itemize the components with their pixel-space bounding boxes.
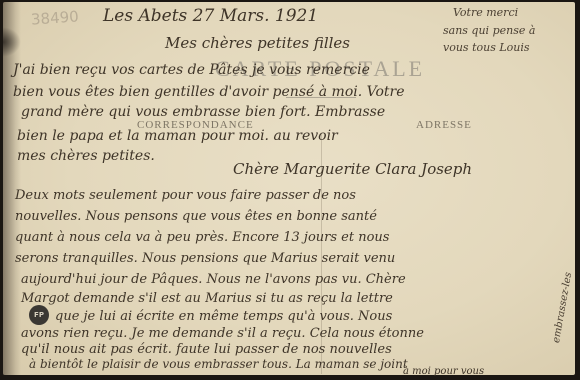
letter-line: bien le papa et la maman pour moi. au re… <box>17 128 338 144</box>
letter-line: J'ai bien reçu vos cartes de Pâtes je vo… <box>13 62 370 78</box>
letter-line: bien vous êtes bien gentilles d'avoir pe… <box>13 84 404 100</box>
letter-line: à moi pour vous <box>403 366 484 377</box>
margin-note-2: sans qui pense à <box>443 24 535 37</box>
letter-line: qu'il nous ait pas écrit. faute lui pass… <box>21 342 392 357</box>
letter-line: mes chères petites. <box>17 148 155 164</box>
letter-line: nouvelles. Nous pensons que vous êtes en… <box>15 209 377 224</box>
letter-line: aujourd'hui jour de Pâques. Nous ne l'av… <box>21 272 406 287</box>
margin-vertical-note: embrassez-les <box>551 271 574 343</box>
letter-line: à bientôt le plaisir de vous embrasser t… <box>29 357 408 371</box>
letter-line: quant à nous cela va à peu près. Encore … <box>15 230 389 245</box>
postcard-scan: CARTE POSTALE CORRESPONDANCE ADRESSE 384… <box>0 0 580 380</box>
postcard-back: CARTE POSTALE CORRESPONDANCE ADRESSE 384… <box>3 2 575 375</box>
letter-line: que je lui ai écrite en même temps qu'à … <box>55 309 392 324</box>
margin-note-3: vous tous Louis <box>443 41 530 54</box>
archive-number: 38490 <box>30 7 79 28</box>
letter-line: Margot demande s'il est au Marius si tu … <box>21 291 393 306</box>
salutation: Mes chères petites filles <box>165 34 350 52</box>
letter-line: serons tranquilles. Nous pensions que Ma… <box>15 251 395 266</box>
printed-address-label: ADRESSE <box>416 119 472 131</box>
margin-note-1: Votre merci <box>453 6 518 19</box>
place-date: Les Abets 27 Mars. 1921 <box>103 6 318 26</box>
letter-line: Deux mots seulement pour vous faire pass… <box>15 188 356 203</box>
letter-line: grand mère qui vous embrasse bien fort. … <box>21 104 385 120</box>
publisher-stamp-icon: FP <box>29 305 49 325</box>
letter-line: Chère Marguerite Clara Joseph <box>233 160 472 178</box>
scan-corner-shadow <box>3 27 21 57</box>
letter-line: avons rien reçu. Je me demande s'il a re… <box>21 326 424 341</box>
